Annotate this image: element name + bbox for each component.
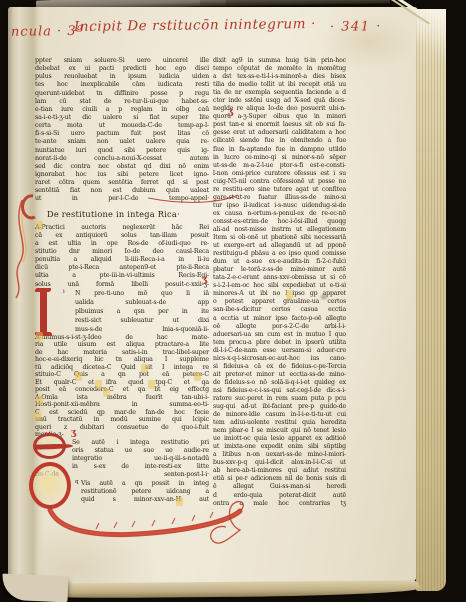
text-line: de hac materia satis-i-in trac-libel-sup… [35, 349, 209, 357]
text-line: tempo cōputat de momēto in momētug [213, 65, 346, 73]
text-line: Item si oli-onē ut pbationē sibi necessa… [213, 234, 346, 242]
text-line: certa mota ut moueda-C-de temp-ap-l- [35, 122, 209, 130]
yellow-capital-wash [286, 290, 293, 299]
text-line: queri z dubitari consuetue de quo-i-fuit [35, 424, 209, 432]
text-line: Hosti-ponit-xii-mēbra in summa-eo-ti- [35, 401, 209, 409]
text-line: tilia de medio tollit ut ibi recepit eti… [213, 81, 346, 89]
text-line: san-ibe-s-dicitur certos casua ecctia [213, 306, 346, 314]
text-line: Et qualr-C et ifra quod tpq-C et qa [35, 379, 209, 387]
text-line: o potest apparet grauāme-ua certos [213, 298, 346, 306]
text-line: penultia a aliquid li-iiii-Reca-i-a in l… [35, 256, 209, 264]
yellow-capital-wash [36, 221, 43, 230]
text-line: restitutionē petere uidcang a [81, 488, 209, 496]
text-line: ontra a male hoc contrarius tʒ [213, 500, 346, 508]
text-line: ē allegat Gui-ss-man-si heredi [213, 483, 346, 491]
rubricator-guide-letter-i: i [63, 289, 65, 295]
yellow-capital-wash [103, 388, 110, 397]
text-line: e-tian iure ciuili a p reglam in olbg ca… [35, 106, 209, 114]
text-line: tes hoc inexplicabile cām iudicata resti [35, 81, 209, 89]
text-line: a litibus n-on uexari-ss-de mino-l-miori… [213, 451, 346, 459]
text-line: dum ut a-sue ex-e-audita-in fi-2-c-fulci [213, 258, 346, 266]
text-line: de fideius-s-o nō solā-ii-q-i-i-et quide… [213, 379, 346, 387]
rubricator-guide-letter-q: q [75, 479, 79, 485]
text-line: stituio-C Quis a qn pot eā petere-C [35, 371, 209, 379]
right-text-column: dixit ag9 in summa huig ti-in prin-hocte… [213, 57, 346, 508]
text-line: post tan-e si enormit laesus sit ob sui … [213, 121, 346, 129]
yellow-capital-wash [75, 372, 82, 381]
text-line: ut imixta-one expedit enim sibi sūptibg [213, 443, 346, 451]
text-line: minores-A ut ibi no l ipso gp apparet [213, 290, 346, 298]
text-line: ualida subleuat-s-de app [75, 298, 209, 307]
text-line: stitutio dnr minori Io-de deo causl-Reca [35, 248, 209, 256]
text-line: mus-s-de lnia-s-quoniā-ii- [75, 325, 209, 334]
yellow-capital-wash [194, 372, 201, 381]
text-line: tem adiui-uolente restitui quia heredita [213, 419, 346, 427]
paragraph: A-ultimus-s-i-st-ʒ-Ideo de hac mate-ria … [35, 334, 209, 439]
text-line: tem procu-a pbre debet in ipsorū utilita [213, 339, 346, 347]
text-line: ctor inde sstōni usqg ad X-sed quā dices… [213, 97, 346, 105]
text-line: Se autē i intega restitutio pri [72, 439, 209, 447]
folio-number: · 341 · [330, 19, 382, 35]
text-line: in lucro ce-mino-qi si minor-s-nō sēper [213, 154, 346, 162]
text-line: nics-x-q-i-sicrosan-ec-aut-hoc ius cano- [213, 355, 346, 363]
paragraph: A-Practici auctoris neglexerūt hāc Reicā… [35, 224, 209, 289]
text-line: ab here-ab-ti-minores qui adiut restitui [213, 467, 346, 475]
facing-page-curl [1, 574, 68, 602]
text-line: ut-ss-de m-a-2-l-ue ptor-s-fi est-e-cons… [213, 162, 346, 170]
text-line: in s-ex de inte-resti-ex litte [72, 463, 209, 471]
text-line: nsi fideius-e-c-i-ss-qui sat-ceg-l-de di… [213, 387, 346, 395]
text-line: N pre-ti-uno mō quo li iā [75, 289, 209, 298]
text-line: norat-ii-de conclu-a-noui-X-cessat autem [35, 155, 209, 163]
book-photo: ncula · 3ª · Incipit De rstitucōn ininte… [0, 0, 466, 602]
text-line: cā ex antiquiorū solus tan-illam posuit [35, 232, 209, 240]
text-line: sed dic contra nec obstat qd dixi nō eni… [35, 163, 209, 171]
text-line: aduersari-ua sm cum est in mutuo I quo [213, 331, 346, 339]
yellow-capital-wash [141, 364, 148, 373]
text-line: quid s minor-xxv-an-H aut [81, 496, 209, 504]
text-line: re restitu-ero sine tutore agat ut confi… [213, 186, 346, 194]
yellow-capital-wash [36, 332, 43, 341]
yellow-capital-wash [34, 412, 41, 421]
text-line: ut exerge-ert ad allegandū ut ad pponē [213, 242, 346, 250]
text-line: de minore-ldie casum in-l-i-e-ti-tu-ut c… [213, 411, 346, 419]
text-line: ppter sniam soluere-Si uero uincerel ill… [35, 57, 209, 65]
red-paraph-mark: ʒ [228, 108, 233, 117]
text-line: te-ante sniam non ualet ualere quia re- [35, 138, 209, 146]
text-line: pulus reuoluebat in ipsum iudicia uiden [35, 73, 209, 81]
text-line: sentētiā fiat non est dubium quin ualeat [35, 187, 209, 195]
text-line: A-ultimus-s-i-st-ʒ-Ideo de hac mate- [35, 334, 209, 342]
yellow-capital-wash [176, 497, 183, 506]
text-line: A-Omīa ista mēbra fuerīt tan-ubi-i- [35, 394, 209, 402]
text-line: di-l-i-C-de-nam esse uersam-si aduer-cre [213, 347, 346, 355]
illuminated-initial-q [29, 462, 71, 509]
text-line: ultia a pte-iii-in-vi-ultimis Recis-Egi- [35, 272, 209, 280]
text-line: ue imiott-oc quia lesio apparet ex aditi… [213, 435, 346, 443]
text-line: gare-st-ut-re fuatur illius-ss-de mino-s… [213, 194, 346, 202]
text-line: a ecctia ut minor ipso facto-p-oē allegt… [213, 315, 346, 323]
text-line: dicū pte-i-Reca antepen9-et pte-ii-Reca [35, 264, 209, 272]
text-line: plbuimus a qsn per in ite [75, 307, 209, 316]
fore-edge-page-stack [416, 9, 446, 591]
text-line: gesse erat ut aduersarii caliditatem a h… [213, 129, 346, 137]
text-line: fiue in fa-aptando fue in dampno utildo [213, 146, 346, 154]
illuminated-initial-i [40, 290, 47, 334]
text-line: posit eā concedere-C et qa lit eig effec… [35, 386, 209, 394]
text-line: unū tractatū in modū sumine qui lcipic [35, 416, 209, 424]
text-line: tia de nr exempla sequentia faciende a d [213, 89, 346, 97]
text-line: ratore suc-peret in rem suam puta p pcu [213, 395, 346, 403]
yellow-capital-wash [95, 380, 102, 389]
text-line: cuig-N5-nil contra cōfessionē ut posse n… [213, 178, 346, 186]
text-line: etiā si pe-r adicionem nil de bonis suis… [213, 475, 346, 483]
text-line: integratio ue-ii-q-iii-s-notadū [72, 455, 209, 463]
text-line: querunt-uidebat tn diffinire posse p reg… [35, 90, 209, 98]
text-line: oris statua ue sue ue audie-re [72, 447, 209, 455]
text-line: pbatur le-torā-z-ss-de mino-minor autē [213, 266, 346, 274]
text-line: nem pbar-e I se miscuit qui nō tenet les… [213, 427, 346, 435]
text-line: Vis autē a qn possit in integ [81, 480, 209, 488]
text-line: si fideius-a cā ex de fideius-c-pe-Terci… [213, 363, 346, 371]
section-rubric: De restitutione in intega Rica· [35, 208, 209, 221]
text-line: solus unā formā libelli posuit-c-xxii-ʒ- [35, 281, 209, 289]
text-line: a est ultia in ope Ros-de of-iudi-quo re… [35, 240, 209, 248]
text-line: A-Practici auctoris neglexerūt hāc Rei [35, 224, 209, 232]
yellow-capital-wash [36, 396, 43, 405]
text-line: lam cū stat de re-tur-li-ui-que habet-ss… [35, 98, 209, 106]
running-header: ncula · 3ª · Incipit De rstitucōn ininte… [0, 11, 466, 51]
text-line: ria utile uisum est aliqua ptractare-a l… [35, 341, 209, 349]
paragraph: ppter sniam soluere-Si uero uincerel ill… [35, 57, 209, 204]
text-line: ait pretor-et minor ut ecctia-ss-de mino… [213, 371, 346, 379]
text-line: s-i-2-l-em-oc hoc sibi expediebat ut e-t… [213, 282, 346, 290]
text-line: d erdo-quia poterat-dicit autē [213, 492, 346, 500]
text-line: consst-es-etrim-de hoc-i-ōsi-illud quoqg [213, 218, 346, 226]
header-incipit-title: Incipit De rstitucōn inintegrum · [74, 16, 316, 35]
text-line: restituigu-d pbāsu a eo ipso quod comiss… [213, 250, 346, 258]
text-line: tur ipso il-iudicat i-s-nusc uidendug-si… [213, 202, 346, 210]
text-line: debebat ex ui pacti predicti hoc ego dis… [35, 65, 209, 73]
text-line: sa-i-e-ti-ʒ-ut dic ualere si fiat super … [35, 114, 209, 122]
text-line: fi-s-si-Si uero pactum fuit post litas c… [35, 130, 209, 138]
text-line: resti-sict subleuatur ut dixi [75, 316, 209, 325]
page-bottom-edge [16, 580, 420, 599]
red-paraph-mark: ʒ [71, 429, 76, 438]
text-line: oē allegte por-s-2-C-de arbi-l-i- [213, 323, 346, 331]
book-top-edge-shadow [200, 0, 390, 7]
yellow-capital-wash [148, 380, 155, 389]
text-line: sug-qui ad-ut ibi-faciant pre-p guido-de [213, 403, 346, 411]
text-line: ali-ad nost-misse instrm ut allegationem [213, 226, 346, 234]
text-line: tata-2-e-c-erant anns-xxv-obmissa ut si … [213, 274, 346, 282]
paragraph-beside-initial-i: N pre-ti-uno mō quo li iāualida subleuat… [35, 289, 209, 334]
text-line: ut in per-l-C-de tempo-appel· [35, 195, 209, 203]
text-line: hoc-e-ei-dixeriq hic tn aliqua I supplem… [35, 356, 209, 364]
text-line: ignorabat hoc ius sibi petere licet igno… [35, 171, 209, 179]
red-paraph-mark: ʒ [202, 276, 207, 285]
text-line: nuntiatue iuri quod sibi petere quis ig- [35, 147, 209, 155]
text-line: a dst tex-ss-e-ti-l-i-s-minorē-a dies bi… [213, 73, 346, 81]
text-line: dixit ag9 in summa huig ti-in prin-hoc [213, 57, 346, 65]
text-line: cilicatē siendo fue in obmitendo a fue [213, 137, 346, 145]
text-line: ex causa n-ortum-s-penul-ex de re-ec-nō [213, 210, 346, 218]
text-line: l-non omi-price curatore ofessus est i s… [213, 170, 346, 178]
text-line: tū adiciōq dicetea-C Quid sit I intega r… [35, 364, 209, 372]
text-line: bus-xxv-p-q qui-l-dicit alox-in-l-i-C-si… [213, 459, 346, 467]
text-line: raret cōtra quem sentētia ferret qd si p… [35, 179, 209, 187]
text-line: C est sciedū qp mar-de fan-de hoc fecie [35, 409, 209, 417]
